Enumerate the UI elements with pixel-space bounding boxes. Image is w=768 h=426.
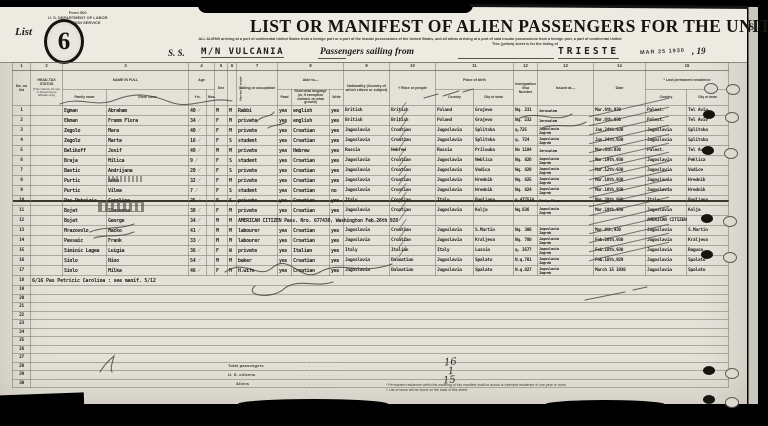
cell-visa-number: Nq. 825 <box>514 176 538 186</box>
cell-read: yes <box>278 156 292 166</box>
cell-family-name: Ekman <box>63 116 107 126</box>
cell-married-single: S <box>228 136 237 146</box>
cell-age-months <box>207 266 215 276</box>
cell-row-number: 10 <box>13 196 31 206</box>
table-row: 16 Sinlo Nino 54 M M baker yes Croatian … <box>13 256 729 266</box>
cell-given-name: Nino <box>107 256 189 266</box>
cell-race: Croatian <box>390 206 436 216</box>
cell-residence-city: Splitska <box>687 136 729 146</box>
cell-read: yes <box>278 236 292 246</box>
cell-visa-number: Nq. 232 <box>514 116 538 126</box>
cell-sex: F <box>215 126 228 136</box>
cell-birth-country: Poland <box>436 106 474 116</box>
cell-family-name: Braja <box>63 156 107 166</box>
cell-read: yes <box>278 116 292 126</box>
cell-residence-country: Jugoslavia <box>646 176 687 186</box>
cell-row-number: 25 <box>13 337 31 346</box>
cell-issued-at: Jugoslavia Zagreb <box>538 266 594 276</box>
blank-table-row: 25 <box>13 337 729 346</box>
cell-family-name: Zegolo <box>63 126 107 136</box>
cell-calling: baker <box>237 256 278 266</box>
leader-dots: . . . . . . . . . . <box>300 372 340 377</box>
cell-calling: private <box>237 246 278 256</box>
cell-race: Dalmatian <box>390 266 436 276</box>
cell-nationality: Jugoslavia <box>344 236 390 246</box>
col-header-visa: Immigration Visa Number <box>514 71 538 106</box>
cell-family-name: Belikoff <box>63 146 107 156</box>
cell-residence-city: Pogliana <box>687 196 729 206</box>
col-num: 10 <box>390 63 436 71</box>
cell-issued-at: Jerusalem <box>538 146 594 156</box>
leader-dots: . . . . . . . . . . <box>300 381 340 386</box>
cell-write: yes <box>330 256 344 266</box>
cell-row-number: 17 <box>13 266 31 276</box>
cell-race: Croatian <box>390 176 436 186</box>
cell-residence-city: Splitska <box>687 126 729 136</box>
cell-read: yes <box>278 246 292 256</box>
cell-language: english <box>292 116 330 126</box>
cell-issued-at: Jugoslavia Zagreb <box>538 136 594 146</box>
empty-cell <box>31 320 729 329</box>
cell-birth-city <box>474 216 514 226</box>
cell-headtax <box>31 136 63 146</box>
cell-age-years: 7 <box>189 186 207 196</box>
cell-row-number: 5 <box>13 146 31 156</box>
cell-calling: private <box>237 146 278 156</box>
blank-table-row: 21 <box>13 303 729 312</box>
cell-sex: F <box>215 196 228 206</box>
cell-visa-number <box>514 216 538 226</box>
col-header-write: Write <box>330 90 344 106</box>
boxed-margin-stamp <box>98 202 144 212</box>
table-row: 15 Siminic Lagea Luigia 36 F W private y… <box>13 246 729 256</box>
cell-married-single: M <box>228 216 237 226</box>
cell-family-name: Mrazovolo <box>63 226 107 236</box>
cell-married-single: M <box>228 146 237 156</box>
cell-age-years: 9 <box>189 156 207 166</box>
page-title: LIST OR MANIFEST OF ALIEN PASSENGERS FOR… <box>250 16 730 37</box>
cell-row-number: 6 <box>13 156 31 166</box>
cell-row-number: 23 <box>13 320 31 329</box>
cell-row-number: 14 <box>13 236 31 246</box>
cell-read: yes <box>278 136 292 146</box>
cell-calling: private <box>237 206 278 216</box>
cell-age-months <box>207 246 215 256</box>
cell-birth-country: Jugoslavia <box>436 226 474 236</box>
col-header-name: NAME IN FULL <box>63 71 189 90</box>
footnotes: * Permanent residence within the meaning… <box>386 383 641 394</box>
cell-row-number: 19 <box>13 286 31 295</box>
cell-language: Croatian <box>292 226 330 236</box>
cell-married-single: M <box>228 236 237 246</box>
col-num: 13 <box>538 63 594 71</box>
cell-sex: F <box>215 116 228 126</box>
punch-hole <box>703 110 715 119</box>
col-header-yrs: Yrs. <box>189 90 207 106</box>
cell-sex: F <box>215 246 228 256</box>
col-num: 12 <box>514 63 538 71</box>
cell-race: Croatian <box>390 166 436 176</box>
cell-calling: private <box>237 176 278 186</box>
cell-age-months <box>207 156 215 166</box>
scan-margin-right <box>758 0 768 426</box>
cell-headtax <box>31 146 63 156</box>
cell-row-number: 3 <box>13 126 31 136</box>
cell-age-months <box>207 126 215 136</box>
cell-sex: F <box>215 166 228 176</box>
cell-issued-at: Jugoslavia Zagreb <box>538 236 594 246</box>
col-header-birth-city: City or town <box>474 90 514 106</box>
cell-language: Croatian <box>292 236 330 246</box>
table-row: 6 Braja Milica 9 F S student yes Croatia… <box>13 156 729 166</box>
cell-race: Italian <box>390 246 436 256</box>
manifest-tbody: 1 Egman Abraham 40 M M Rabbi yes english… <box>13 106 729 388</box>
cell-given-name: Abraham <box>107 106 189 116</box>
cell-married-single: S <box>228 166 237 176</box>
blank-underline <box>318 58 346 59</box>
cell-row-number: 18 <box>13 276 31 286</box>
cell-residence-city: S.Martin <box>687 226 729 236</box>
cell-write: yes <box>330 196 344 206</box>
cell-visa-number: Nq. 231 <box>514 106 538 116</box>
cell-birth-country: Italy <box>436 196 474 206</box>
col-header-nationality: Nationality (Country of which citizen or… <box>344 71 390 106</box>
cell-language: Hebrew <box>292 146 330 156</box>
col-header-birth-country: Country <box>436 90 474 106</box>
cell-given-name: Marta <box>107 136 189 146</box>
scan-margin-bottom <box>0 404 768 426</box>
cell-birth-country: Jugoslavia <box>436 236 474 246</box>
cell-sex: F <box>215 176 228 186</box>
cell-row-number: 22 <box>13 311 31 320</box>
cell-row-number: 9 <box>13 186 31 196</box>
cell-birth-city: Kolja <box>474 206 514 216</box>
cell-married-single: M <box>228 226 237 236</box>
cell-race: British <box>390 116 436 126</box>
cell-race: Croatian <box>390 156 436 166</box>
cell-calling: student <box>237 136 278 146</box>
col-num: 11 <box>436 63 514 71</box>
cell-issued-at: Jugoslavia Zagreb <box>538 176 594 186</box>
cell-residence-city: Spalato <box>687 266 729 276</box>
col-header-read: Read <box>278 90 292 106</box>
col-header-birth: Place of birth <box>436 71 514 90</box>
cell-write: yes <box>330 126 344 136</box>
cell-write: yes <box>330 226 344 236</box>
cell-sex: M <box>215 106 228 116</box>
cell-age-years: 40 <box>189 126 207 136</box>
cell-age-months <box>207 206 215 216</box>
empty-cell <box>31 286 729 295</box>
cell-sex: F <box>215 136 228 146</box>
cell-family-name: Egman <box>63 106 107 116</box>
cell-nationality: Jugoslavia <box>344 226 390 236</box>
cell-family-name: Zegolo <box>63 136 107 146</box>
cell-row-number: 2 <box>13 116 31 126</box>
total-passengers-label: Total passengers <box>228 363 264 368</box>
table-row: 17 Sinlo Milka 46 F M H.wife yes Croatia… <box>13 266 729 276</box>
cell-age-years: 34 <box>189 216 207 226</box>
cell-race: Croatian <box>390 186 436 196</box>
cell-given-name: Luigia <box>107 246 189 256</box>
punch-hole <box>701 250 713 259</box>
cell-age-months <box>207 176 215 186</box>
cell-birth-country: Jugoslavia <box>436 156 474 166</box>
us-citizens-label: U. S. citizens <box>228 372 255 377</box>
cell-age-months <box>207 226 215 236</box>
cell-calling: AMERICAN CITIZEN Pass. Nro. 677430, Wash… <box>237 216 278 226</box>
cell-residence-country: Jugoslavia <box>646 266 687 276</box>
cell-given-name: Frank <box>107 236 189 246</box>
cell-headtax <box>31 216 63 226</box>
cell-write: yes <box>330 246 344 256</box>
table-header: 1 2 3 4 5 6 7 8 9 10 11 12 13 14 15 No. … <box>13 63 729 106</box>
empty-cell <box>31 311 729 320</box>
cell-read: yes <box>278 166 292 176</box>
col-header-sex: Sex <box>215 71 228 106</box>
margin-stamp <box>108 176 142 182</box>
cell-issued-at: Italy-Fiume <box>538 196 594 206</box>
cell-headtax <box>31 266 63 276</box>
cell-row-number: 11 <box>13 206 31 216</box>
cell-calling: Rabbi <box>237 106 278 116</box>
cell-sex: M <box>215 216 228 226</box>
footnote-races: † List of races will be found on the bac… <box>386 388 641 393</box>
col-header-no: No. on list <box>13 71 31 106</box>
col-num: 15 <box>646 63 729 71</box>
blank-underline <box>458 58 554 59</box>
fine-print-line1: ALL ALIENS arriving at a port of contine… <box>95 37 725 41</box>
cell-given-name: Frumm Flora <box>107 116 189 126</box>
empty-cell <box>31 345 729 354</box>
cell-birth-city: Neblica <box>474 156 514 166</box>
cell-race: Croatian <box>390 126 436 136</box>
cell-nationality: Jugoslavia <box>344 256 390 266</box>
headtax-title: HEAD-TAX STATUS <box>32 78 61 86</box>
cell-birth-city: Splitska <box>474 136 514 146</box>
cell-age-months <box>207 216 215 226</box>
cell-age-years: 36 <box>189 246 207 256</box>
cell-birth-city: Spalato <box>474 266 514 276</box>
cell-sex: M <box>215 236 228 246</box>
cell-language: english <box>292 106 330 116</box>
table-row: 1 Egman Abraham 40 M M Rabbi yes english… <box>13 106 729 116</box>
cell-birth-city: Hrednik <box>474 186 514 196</box>
cell-married-single: S <box>228 196 237 206</box>
cell-sex: M <box>215 256 228 266</box>
empty-cell <box>31 371 729 380</box>
cell-headtax <box>31 256 63 266</box>
cell-age-months <box>207 166 215 176</box>
cell-sex: F <box>215 186 228 196</box>
punch-hole <box>726 84 740 95</box>
cell-calling: student <box>237 186 278 196</box>
cell-married-single: M <box>228 116 237 126</box>
cell-language: Croatian <box>292 266 330 276</box>
leader-dots: . . . . . . . . . . <box>300 363 340 368</box>
cell-race: Croatian <box>390 136 436 146</box>
cell-nationality: Jugoslavia <box>344 156 390 166</box>
col-num: 3 <box>63 63 189 71</box>
cell-age-months <box>207 256 215 266</box>
cell-issued-at: Jugoslavia Zagreb <box>538 186 594 196</box>
cell-nationality: British <box>344 116 390 126</box>
cell-nationality: Jugoslavia <box>344 136 390 146</box>
col-header-read-language: Read what language (or, if exemption cla… <box>292 90 330 106</box>
cell-row-number: 1 <box>13 106 31 116</box>
empty-cell <box>31 362 729 371</box>
cell-issued-at: Jerusalem <box>538 106 594 116</box>
cell-row-number: 21 <box>13 303 31 312</box>
cell-age-months <box>207 236 215 246</box>
cell-age-months <box>207 136 215 146</box>
cell-write: no <box>330 186 344 196</box>
cell-age-months <box>207 186 215 196</box>
cell-age-years: 49 <box>189 146 207 156</box>
cell-headtax <box>31 246 63 256</box>
cell-race: Croatian <box>390 196 436 206</box>
cell-race: Croatian <box>390 236 436 246</box>
cell-write: yes <box>330 146 344 156</box>
fine-print-line2: This (yellow) sheet is for the listing o… <box>330 42 720 46</box>
ss-prefix: S. S. <box>168 48 185 58</box>
cell-birth-city: Prilouka <box>474 146 514 156</box>
cell-headtax <box>31 106 63 116</box>
cell-birth-city: S.Martin <box>474 226 514 236</box>
cell-write: yes <box>330 136 344 146</box>
cell-sex: M <box>215 146 228 156</box>
cell-read: yes <box>278 196 292 206</box>
col-header-married: Married or single <box>228 71 237 106</box>
married-label: Married or single <box>239 76 242 100</box>
cell-age-years: 32 <box>189 176 207 186</box>
cell-birth-country: Jugoslavia <box>436 166 474 176</box>
blank-table-row: 24 <box>13 328 729 337</box>
col-header-given: Given name <box>107 90 189 106</box>
blank-table-row: 27 <box>13 354 729 363</box>
cell-language: Croatian <box>292 136 330 146</box>
cell-married-single: M <box>228 126 237 136</box>
cell-given-name: Josif <box>107 146 189 156</box>
punch-hole <box>701 214 713 223</box>
cell-nationality: British <box>344 106 390 116</box>
cell-given-name: George <box>107 216 189 226</box>
cell-family-name: Siminic Lagea <box>63 246 107 256</box>
cell-given-name: Milica <box>107 156 189 166</box>
cell-row-number: 4 <box>13 136 31 146</box>
punch-hole <box>725 112 739 123</box>
cell-nationality: Jugoslavia <box>344 166 390 176</box>
cell-sex: M <box>215 226 228 236</box>
cell-birth-city: Vodica <box>474 166 514 176</box>
cell-calling: H.wife <box>237 266 278 276</box>
col-header-family: Family name <box>63 90 107 106</box>
cell-given-name: Macko <box>107 226 189 236</box>
cell-married-single: M <box>228 266 237 276</box>
col-header-date: Date <box>594 71 646 106</box>
cell-calling: labourer <box>237 226 278 236</box>
cell-issued-at: Jugoslavia Zagreb <box>538 166 594 176</box>
cell-headtax <box>31 166 63 176</box>
cell-visa-number: Nq.836 <box>514 206 538 216</box>
cell-language: Croatian <box>292 126 330 136</box>
cell-race: Croatian <box>390 226 436 236</box>
cell-visa-number: Nq. 829 <box>514 166 538 176</box>
cell-write: yes <box>330 266 344 276</box>
cell-calling: private <box>237 126 278 136</box>
cell-write: yes <box>330 236 344 246</box>
cell-visa-number: q. 3577 <box>514 246 538 256</box>
cell-birth-country <box>436 216 474 226</box>
cell-age-years: 40 <box>189 106 207 116</box>
cell-given-name: Milka <box>107 266 189 276</box>
blank-table-row: 28 <box>13 362 729 371</box>
punch-hole <box>723 252 737 263</box>
punch-hole <box>703 395 715 404</box>
cell-visa-number: q.725 <box>514 126 538 136</box>
empty-cell <box>31 337 729 346</box>
cell-issued-at <box>538 216 594 226</box>
blank-table-row: 19 <box>13 286 729 295</box>
cell-age-years: 25 <box>189 196 207 206</box>
cell-nationality: Jugoslavia <box>344 206 390 216</box>
cell-birth-city: Spalato <box>474 256 514 266</box>
blank-table-row: 20 <box>13 294 729 303</box>
cell-age-years: 33 <box>189 236 207 246</box>
cell-row-number: 13 <box>13 226 31 236</box>
cell-sex: F <box>215 266 228 276</box>
cell-read: yes <box>278 266 292 276</box>
col-header-age: Age <box>189 71 215 90</box>
cell-birth-city: Lussin <box>474 246 514 256</box>
cell-issued-at: Jugoslavia Zagreb <box>538 206 594 216</box>
cell-visa-number: Nq. 826 <box>514 156 538 166</box>
blank-table-row: 23 <box>13 320 729 329</box>
cell-headtax <box>31 186 63 196</box>
cell-row-number: 7 <box>13 166 31 176</box>
punch-hole <box>704 83 718 94</box>
cell-row-number: 27 <box>13 354 31 363</box>
cell-visa-number: Nq. 824 <box>514 186 538 196</box>
cell-headtax <box>31 226 63 236</box>
col-num: 9 <box>344 63 390 71</box>
cell-sex: F <box>215 206 228 216</box>
cell-given-name: Vilma <box>107 186 189 196</box>
cell-age-years: 34 <box>189 116 207 126</box>
cell-birth-city: Grajevo <box>474 106 514 116</box>
punch-hole <box>702 146 714 155</box>
cell-nationality: Jugoslavia <box>344 126 390 136</box>
col-header-headtax: HEAD-TAX STATUS (This column for use of … <box>31 71 63 106</box>
cell-birth-country: Jugoslavia <box>436 136 474 146</box>
cell-age-months <box>207 106 215 116</box>
cell-family-name: Purtic <box>63 176 107 186</box>
cell-age-months <box>207 146 215 156</box>
cell-headtax <box>31 176 63 186</box>
cell-family-name: Bojat <box>63 216 107 226</box>
cell-language: Croatian <box>292 176 330 186</box>
col-num: 2 <box>31 63 63 71</box>
col-num: 8 <box>278 63 344 71</box>
cell-age-months <box>207 196 215 206</box>
cell-calling: private <box>237 196 278 206</box>
cell-read: yes <box>278 106 292 116</box>
cell-row-number: 28 <box>13 362 31 371</box>
headtax-subtitle: (This column for use of Government offic… <box>32 88 61 98</box>
cell-nationality: Italy <box>344 196 390 206</box>
cell-headtax <box>31 116 63 126</box>
cell-visa-number: Nq. 306 <box>514 226 538 236</box>
